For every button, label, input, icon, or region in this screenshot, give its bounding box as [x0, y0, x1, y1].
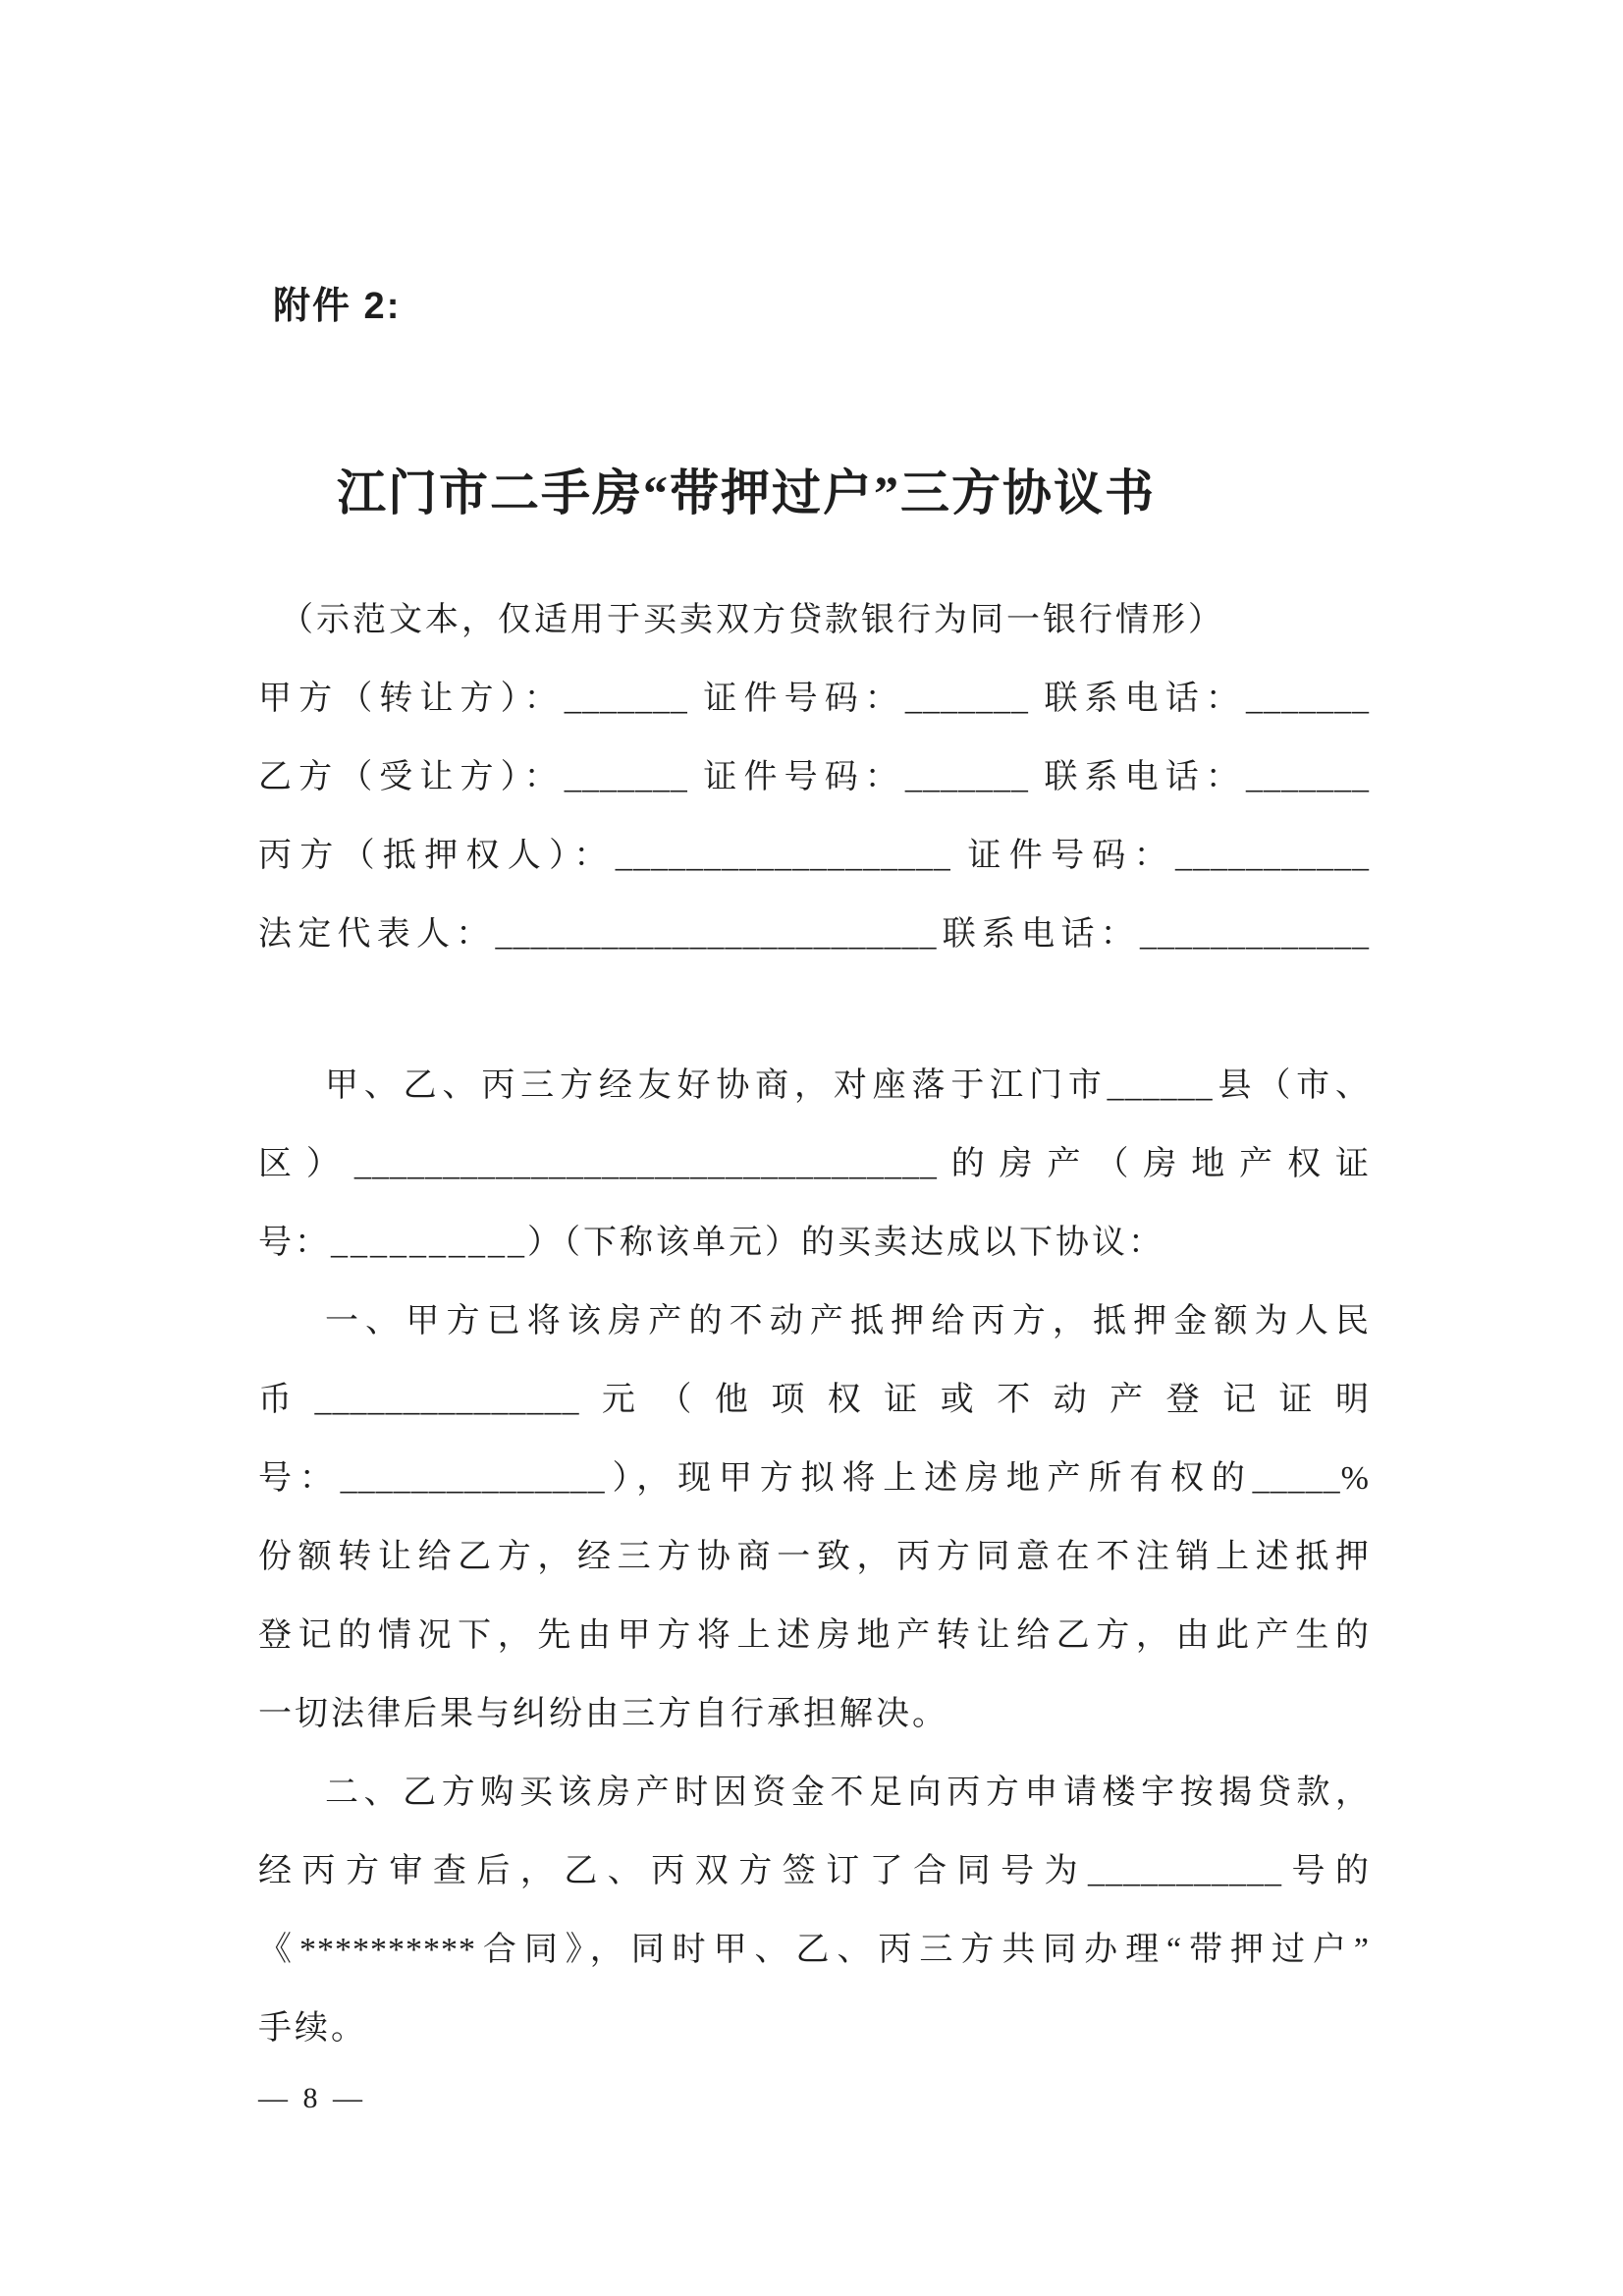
clause1-line-2: 币_______________元（他项权证或不动产登记证明 — [258, 1361, 1370, 1440]
clause2-line-1: 二、乙方购买该房产时因资金不足向丙方申请楼宇按揭贷款， — [258, 1754, 1370, 1832]
party-c-line: 丙方（抵押权人）：___________________ 证件号码：______… — [258, 817, 1370, 896]
party-b-line: 乙方（受让方）：_______ 证件号码：_______ 联系电话：______… — [258, 738, 1370, 817]
page-number: — 8 — — [258, 2082, 366, 2115]
attachment-label: 附件 2: — [273, 275, 401, 329]
clause1-line-6: 一切法律后果与纠纷由三方自行承担解决。 — [258, 1675, 1370, 1754]
preamble-line-3: 号：__________）（下称该单元）的买卖达成以下协议： — [258, 1204, 1370, 1283]
clause2-line-3: 《**********合同》，同时甲、乙、丙三方共同办理“带押过户” — [258, 1911, 1370, 1990]
preamble-line-2: 区）_________________________________的房产（房… — [258, 1125, 1370, 1204]
document-page: 附件 2: 江门市二手房“带押过户”三方协议书 （示范文本，仅适用于买卖双方贷款… — [0, 0, 1623, 2296]
party-a-line: 甲方（转让方）：_______ 证件号码：_______ 联系电话：______… — [258, 660, 1370, 738]
clause2-line-4: 手续。 — [258, 1990, 1370, 2068]
clause1-line-3: 号：_______________），现甲方拟将上述房地产所有权的_____% — [258, 1440, 1370, 1518]
clause1-line-5: 登记的情况下，先由甲方将上述房地产转让给乙方，由此产生的 — [258, 1597, 1370, 1675]
clause1-line-4: 份额转让给乙方，经三方协商一致，丙方同意在不注销上述抵押 — [258, 1518, 1370, 1597]
note-line: （示范文本，仅适用于买卖双方贷款银行为同一银行情形） — [258, 581, 1370, 660]
preamble-line-1: 甲、乙、丙三方经友好协商，对座落于江门市______县（市、 — [258, 1047, 1370, 1125]
document-body: （示范文本，仅适用于买卖双方贷款银行为同一银行情形） 甲方（转让方）：_____… — [258, 581, 1370, 2068]
clause1-line-1: 一、甲方已将该房产的不动产抵押给丙方，抵押金额为人民 — [258, 1283, 1370, 1361]
clause2-line-2: 经丙方审查后，乙、丙双方签订了合同号为___________号的 — [258, 1832, 1370, 1911]
document-title: 江门市二手房“带押过户”三方协议书 — [236, 454, 1257, 524]
legal-representative-line: 法定代表人：_________________________联系电话：____… — [258, 896, 1370, 974]
